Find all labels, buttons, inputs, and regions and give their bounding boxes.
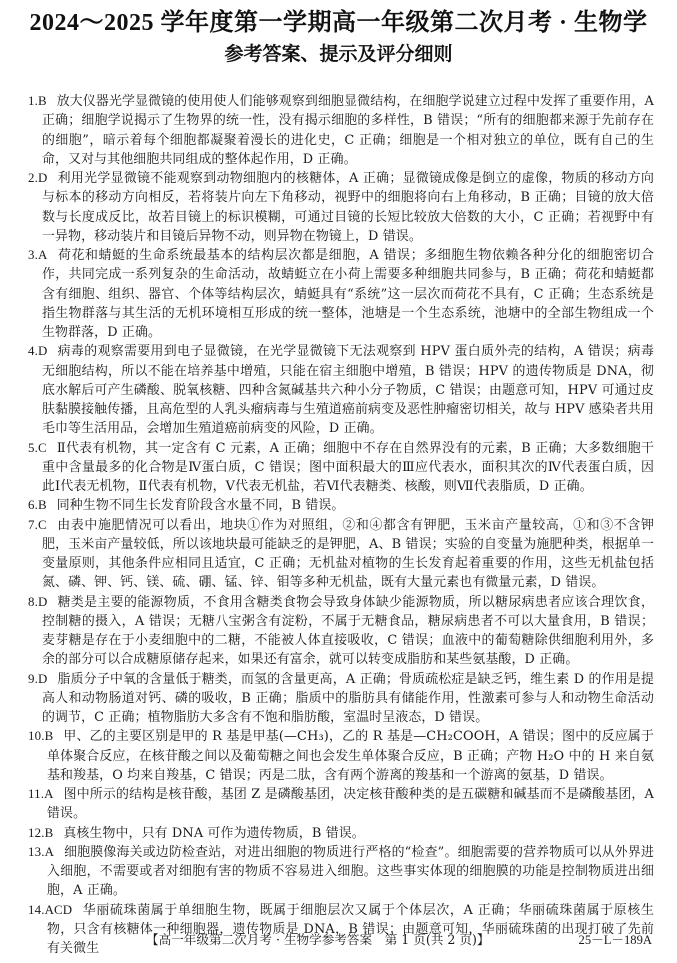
question-number: 13. <box>28 845 45 859</box>
question-number: 5. <box>28 441 38 455</box>
answer-item-3: 3.A荷花和蜻蜓的生命系统最基本的结构层次都是细胞，A 错误；多细胞生物依赖各种… <box>28 246 654 342</box>
page-title: 2024～2025 学年度第一学期高一年级第二次月考 · 生物学 <box>0 8 677 38</box>
answer-item-6: 6.B同种生物不同生长发育阶段含水量不同，B 错误。 <box>28 496 654 515</box>
answer-key: C <box>38 516 47 535</box>
question-number: 14. <box>28 903 45 917</box>
question-number: 6. <box>28 498 38 512</box>
answer-key: D <box>38 670 47 689</box>
page-subtitle: 参考答案、提示及评分细则 <box>0 41 677 67</box>
answer-item-8: 8.D糖类是主要的能源物质，不食用含糖类食物会导致身体缺少能源物质，所以糖尿病患… <box>28 593 654 670</box>
answer-explanation: 病毒的观察需要用到电子显微镜，在光学显微镜下无法观察到 HPV 蛋白质外壳的结构… <box>42 344 654 436</box>
answer-explanation: 同种生物不同生长发育阶段含水量不同，B 错误。 <box>57 498 345 513</box>
answer-explanation: 糖类是主要的能源物质，不食用含糖类食物会导致身体缺少能源物质，所以糖尿病患者应该… <box>42 595 654 668</box>
answer-key: ACD <box>45 901 73 920</box>
answer-explanation: 由表中施肥情况可以看出，地块①作为对照组，②和④都含有钾肥，玉米亩产量较高，①和… <box>42 518 654 591</box>
answer-item-7: 7.C由表中施肥情况可以看出，地块①作为对照组，②和④都含有钾肥，玉米亩产量较高… <box>28 516 654 593</box>
question-number: 8. <box>28 595 38 609</box>
answer-item-11: 11.A图中所示的结构是核苷酸，基团 Z 是磷酸基团，决定核苷酸种类的是五碳糖和… <box>28 785 654 824</box>
answer-key: D <box>38 342 47 361</box>
answer-item-13: 13.A细胞膜像海关或边防检查站，对进出细胞的物质进行严格的“检查”。细胞需要的… <box>28 843 654 901</box>
answer-key: A <box>44 785 53 804</box>
answer-explanation: 利用光学显微镜不能观察到动物细胞内的核糖体，A 正确；显微镜成像是倒立的虚像，物… <box>42 171 654 244</box>
answer-item-2: 2.D利用光学显微镜不能观察到动物细胞内的核糖体，A 正确；显微镜成像是倒立的虚… <box>28 169 654 246</box>
answer-item-10: 10.B甲、乙的主要区别是甲的 R 基是甲基(—CH₃)，乙的 R 基是—CH₂… <box>28 727 654 785</box>
footer-page-info: 【高一年级第二次月考 · 生物学参考答案 第 1 页(共 2 页)】 <box>146 929 490 951</box>
answer-explanation: 真核生物中，只有 DNA 可作为遗传物质，B 错误。 <box>63 826 365 841</box>
question-number: 2. <box>28 171 38 185</box>
footer-doc-code: 25－L－189A <box>579 929 652 951</box>
answer-key: D <box>38 593 47 612</box>
question-number: 7. <box>28 518 38 532</box>
answer-explanation: 荷花和蜻蜓的生命系统最基本的结构层次都是细胞，A 错误；多细胞生物依赖各种分化的… <box>42 248 654 340</box>
answer-list: 1.B放大仪器光学显微镜的使用使人们能够观察到细胞显微结构，在细胞学说建立过程中… <box>28 92 654 958</box>
answer-key: A <box>38 246 47 265</box>
answer-key: B <box>38 92 47 111</box>
answer-key: A <box>45 843 54 862</box>
answer-explanation: 甲、乙的主要区别是甲的 R 基是甲基(—CH₃)，乙的 R 基是—CH₂COOH… <box>47 729 654 783</box>
answer-item-1: 1.B放大仪器光学显微镜的使用使人们能够观察到细胞显微结构，在细胞学说建立过程中… <box>28 92 654 169</box>
answer-item-9: 9.D脂质分子中氧的含量低于糖类，而氢的含量更高，A 正确；骨质疏松症是缺乏钙，… <box>28 670 654 728</box>
answer-item-4: 4.D病毒的观察需要用到电子显微镜，在光学显微镜下无法观察到 HPV 蛋白质外壳… <box>28 342 654 438</box>
question-number: 1. <box>28 94 38 108</box>
answer-explanation: 放大仪器光学显微镜的使用使人们能够观察到细胞显微结构，在细胞学说建立过程中发挥了… <box>42 94 654 167</box>
answer-key: B <box>38 496 47 515</box>
answer-key: D <box>38 169 47 188</box>
question-number: 11. <box>28 787 44 801</box>
question-number: 12. <box>28 826 45 840</box>
answer-explanation: Ⅱ代表有机物，其一定含有 C 元素，A 正确；细胞中不存在自然界没有的元素，B … <box>42 441 654 495</box>
answer-explanation: 脂质分子中氧的含量低于糖类，而氢的含量更高，A 正确；骨质疏松症是缺乏钙，维生素… <box>42 672 654 726</box>
question-number: 9. <box>28 672 38 686</box>
answer-explanation: 细胞膜像海关或边防检查站，对进出细胞的物质进行严格的“检查”。细胞需要的营养物质… <box>47 845 654 899</box>
answer-key: B <box>45 727 54 746</box>
answer-key: C <box>38 439 47 458</box>
page-footer: 【高一年级第二次月考 · 生物学参考答案 第 1 页(共 2 页)】 25－L－… <box>0 929 677 951</box>
answer-item-12: 12.B真核生物中，只有 DNA 可作为遗传物质，B 错误。 <box>28 824 654 843</box>
question-number: 4. <box>28 344 38 358</box>
question-number: 3. <box>28 248 38 262</box>
answer-key: B <box>45 824 54 843</box>
answer-item-5: 5.CⅡ代表有机物，其一定含有 C 元素，A 正确；细胞中不存在自然界没有的元素… <box>28 439 654 497</box>
answer-explanation: 图中所示的结构是核苷酸，基团 Z 是磷酸基团，决定核苷酸种类的是五碳糖和碱基而不… <box>47 787 654 821</box>
question-number: 10. <box>28 729 45 743</box>
